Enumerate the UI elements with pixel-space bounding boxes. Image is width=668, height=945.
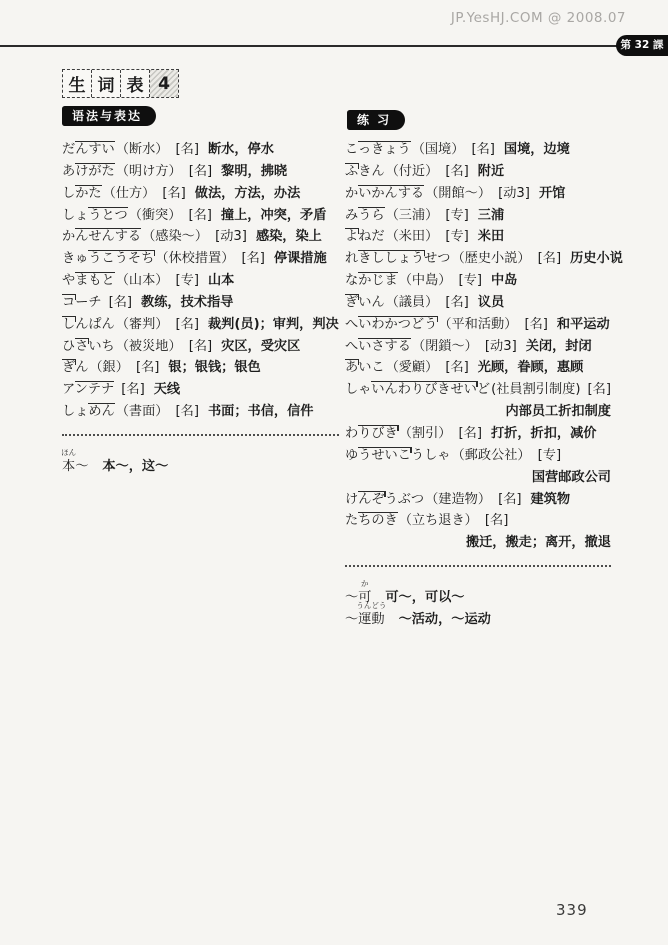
meaning-cn: 国营邮政公司 <box>532 470 611 485</box>
kanji-notation: （断水） <box>116 142 169 157</box>
meaning-cn: 灾区，受灾区 <box>221 339 300 354</box>
pos-tag: [名] <box>189 164 212 179</box>
kana-segment: あ <box>345 359 358 375</box>
kana-reading: たちのき <box>345 512 398 528</box>
pos-tag: [动3] <box>215 229 247 244</box>
kana-segment: うら <box>358 207 384 223</box>
meaning-cn: 教练，技术指导 <box>141 295 233 310</box>
vocab-entry: ぎいん（議員）[名]议员 <box>345 292 611 314</box>
kana-segment: うとつ <box>88 207 127 223</box>
kana-segment: ゆ <box>345 448 358 463</box>
pos-tag: [动3] <box>498 186 530 201</box>
vocab-entry: コーチ[名]教练，技术指导 <box>62 292 339 314</box>
kana-reading: しんぱん <box>62 316 115 332</box>
kana-segment: うぶつ <box>385 492 425 507</box>
kanji-notation: （立ち退き） <box>399 513 478 528</box>
kana-reading: きゅうこうそち <box>62 250 154 266</box>
kana-segment: よ <box>345 228 358 244</box>
pos-tag: [名] <box>176 317 199 332</box>
kanji-notation: （割引） <box>399 426 452 441</box>
kanji-notation: （議員） <box>386 295 439 310</box>
pos-tag: [名] <box>241 251 264 266</box>
meaning-cn: 议员 <box>478 295 504 310</box>
vocab-entry: あいこ（愛顧）[名]光顾，眷顾，惠顾 <box>345 357 611 379</box>
title-char: 词 <box>92 70 121 97</box>
suffix-base: 本ほん <box>62 456 75 478</box>
meaning-cn: 关闭，封闭 <box>526 339 592 354</box>
kana-segment: し <box>62 186 75 201</box>
kana-segment: さ <box>75 338 88 354</box>
meaning-cn: 历史小说 <box>570 251 623 266</box>
meaning-cn: 停课措施 <box>274 251 327 266</box>
kanji-notation: （衝突） <box>129 208 182 223</box>
kana-reading: アンテナ <box>62 381 114 397</box>
kana-segment: けがた <box>75 163 115 179</box>
kana-segment: しゃ <box>345 382 371 397</box>
pos-tag: [名] <box>524 317 547 332</box>
section-badge-grammar-expressions: 语法与表达 <box>62 106 156 126</box>
kanji-notation: （仕方） <box>103 186 156 201</box>
pos-tag: [名] <box>445 295 468 310</box>
kana-segment: うせいこ <box>358 447 411 463</box>
kanji-notation: （開館～） <box>425 186 491 201</box>
meaning-cn: 裁判(员)；审判，判决 <box>208 317 339 332</box>
meaning-cn: 建筑物 <box>531 492 571 507</box>
vocab-entry: しょうとつ（衝突）[名]撞上，冲突，矛盾 <box>62 205 339 227</box>
kana-reading: わりびき <box>345 425 398 441</box>
vocab-entry: れきししょうせつ（歴史小説）[名]历史小说 <box>345 248 611 270</box>
kana-segment: や <box>62 273 75 288</box>
meaning-cn: 山本 <box>208 273 234 288</box>
pos-tag: [名] <box>176 404 199 419</box>
meaning-cn: 三浦 <box>478 208 504 223</box>
dotted-line <box>62 434 339 436</box>
kana-segment: ア <box>62 382 75 397</box>
pos-tag: [专] <box>176 273 199 288</box>
kana-reading: へいさする <box>345 338 411 354</box>
pos-tag: [名] <box>189 339 212 354</box>
header-divider-line <box>0 45 668 47</box>
vocab-column-left: だんすい（断水）[名]断水，停水あけがた（明け方）[名]黎明，拂晓しかた（仕方）… <box>62 139 339 478</box>
kana-reading: だんすい <box>62 141 115 157</box>
vocab-entry: しかた（仕方）[名]做法，方法，办法 <box>62 183 339 205</box>
kana-reading: ふきん <box>345 163 385 179</box>
meaning-cn: 感染，染上 <box>256 229 322 244</box>
meaning-cn: 附近 <box>478 164 504 179</box>
vocab-entry: だんすい（断水）[名]断水，停水 <box>62 139 339 161</box>
vocab-entry: へいさする（閉鎖～）[动3]关闭，封闭 <box>345 336 611 358</box>
kana-segment: あ <box>62 164 75 179</box>
kana-reading: かいかんする <box>345 185 424 201</box>
kana-segment: け <box>345 492 358 507</box>
watermark-text: JP.YesHJ.COM @ 2008.07 <box>451 10 626 26</box>
kanji-notation: （米田） <box>386 229 439 244</box>
kana-segment: わ <box>345 426 358 441</box>
pos-tag: [名] <box>188 208 211 223</box>
kana-reading: やまもと <box>62 272 115 288</box>
vocab-column-right: こっきょう（国境）[名]国境，边境ふきん（付近）[名]附近かいかんする（開館～）… <box>345 139 611 631</box>
kanji-notation: （国境） <box>412 142 465 157</box>
suffix-entry: 本ほん～本～，这～ <box>62 456 339 478</box>
vocab-entry: けんぞうぶつ（建造物）[名]建筑物 <box>345 489 611 511</box>
vocab-entry: ひさいち（被災地）[名]灾区，受灾区 <box>62 336 339 358</box>
vocab-entry: アンテナ[名]天线 <box>62 379 339 401</box>
kana-segment: か <box>345 186 358 201</box>
kana-segment: いわかつどう <box>358 316 437 332</box>
kana-segment: うこうそち <box>88 250 154 266</box>
textbook-page: JP.YesHJ.COM @ 2008.07 第 32 課 生 词 表 4 语法… <box>0 0 668 945</box>
pos-tag: [名] <box>485 513 508 528</box>
kana-reading: しゃいんわりびきせいど <box>345 381 490 397</box>
kanji-notation: （書面） <box>116 404 169 419</box>
furigana: うんどう <box>356 602 386 610</box>
meaning-cn: 银；银钱；银色 <box>168 360 260 375</box>
furigana: ほん <box>61 449 76 457</box>
vocab-entry: みうら（三浦）[专]三浦 <box>345 205 611 227</box>
meaning-cn: 光顾，眷顾，惠顾 <box>478 360 584 375</box>
title-char: 生 <box>63 70 92 97</box>
kana-segment: きししょう <box>358 250 424 266</box>
kanji-notation: （銀） <box>89 360 129 375</box>
kana-segment: きゅ <box>62 251 88 266</box>
kana-segment: りびき <box>358 425 398 441</box>
suffix-base: 運動うんどう <box>358 609 384 631</box>
pos-tag: [专] <box>538 448 561 463</box>
kanji-notation: （中島） <box>399 273 452 288</box>
title-char: 表 <box>121 70 150 97</box>
kanji-notation: （感染～） <box>142 229 208 244</box>
title-number: 4 <box>150 70 178 97</box>
vocab-entry: よねだ（米田）[专]米田 <box>345 226 611 248</box>
kana-segment: れ <box>345 251 358 266</box>
suffix-entry: ～運動うんどう～活动，～运动 <box>345 609 611 631</box>
meaning-cn: 做法，方法，办法 <box>195 186 301 201</box>
kana-segment: いち <box>88 339 114 354</box>
vocab-entry: しんぱん（審判）[名]裁判(员)；审判，判决 <box>62 314 339 336</box>
meaning-cn: 断水，停水 <box>208 142 274 157</box>
vocab-entry: ふきん（付近）[名]附近 <box>345 161 611 183</box>
kana-reading: へいわかつどう <box>345 316 437 332</box>
kana-segment: か <box>62 229 75 244</box>
kanji-notation: （審判） <box>116 317 169 332</box>
pos-tag: [名] <box>162 186 185 201</box>
kanji-notation: （閉鎖～） <box>412 339 478 354</box>
meaning-cn: 本～，这～ <box>102 459 168 474</box>
kana-segment: ンテナ <box>75 381 115 397</box>
pos-tag: [动3] <box>485 339 517 354</box>
kana-segment: ーチ <box>75 295 101 310</box>
pos-tag: [名] <box>176 142 199 157</box>
kana-segment: み <box>345 208 358 223</box>
pos-tag: [专] <box>445 208 468 223</box>
meaning-cn: 开馆 <box>539 186 565 201</box>
vocab-entry: あけがた（明け方）[名]黎明，拂晓 <box>62 161 339 183</box>
kana-reading: ぎいん <box>345 294 385 310</box>
kana-segment: コ <box>62 294 75 310</box>
kana-reading: しかた <box>62 185 102 201</box>
kana-reading: しょうとつ <box>62 207 128 223</box>
kana-reading: しょめん <box>62 403 115 419</box>
section-badge-practice: 练 习 <box>347 110 405 130</box>
vocab-entry: しょめん（書面）[名]书面；书信，信件 <box>62 401 339 423</box>
pos-tag: [专] <box>445 229 468 244</box>
kana-segment: いんわりびきせい <box>371 381 477 397</box>
kana-segment: だ <box>62 142 75 157</box>
pos-tag: [名] <box>445 164 468 179</box>
kana-segment: せつ <box>424 251 450 266</box>
vocab-entry: ゆうせいこうしゃ（郵政公社）[专] <box>345 445 611 467</box>
pos-tag: [名] <box>109 295 132 310</box>
vocab-entry-continuation: 内部员工折扣制度 <box>345 401 611 423</box>
kanji-notation: （平和活動） <box>438 317 517 332</box>
vocab-entry: なかじま（中島）[专]中岛 <box>345 270 611 292</box>
vocab-entry: わりびき（割引）[名]打折，折扣，减价 <box>345 423 611 445</box>
dotted-separator <box>345 565 611 587</box>
kana-segment: へ <box>345 317 358 332</box>
kana-segment: ねだ <box>358 229 384 244</box>
kana-segment: しょ <box>62 208 88 223</box>
pos-tag: [名] <box>445 360 468 375</box>
pos-tag: [名] <box>136 360 159 375</box>
kana-segment: ちのき <box>358 512 398 528</box>
vocab-entry: かいかんする（開館～）[动3]开馆 <box>345 183 611 205</box>
kanji-notation: （明け方） <box>116 164 182 179</box>
meaning-cn: 中岛 <box>491 273 517 288</box>
dotted-separator <box>62 434 339 456</box>
vocab-entry: たちのき（立ち退き）[名] <box>345 510 611 532</box>
lesson-number-badge: 第 32 課 <box>616 35 668 56</box>
meaning-cn: 可～，可以～ <box>385 590 464 605</box>
kana-segment: ひ <box>62 339 75 354</box>
kana-segment: し <box>62 316 75 332</box>
pos-tag: [名] <box>459 426 482 441</box>
kana-reading: ひさいち <box>62 338 115 354</box>
vocab-entry-continuation: 国营邮政公司 <box>345 467 611 489</box>
kana-reading: かんせんする <box>62 228 141 244</box>
pos-tag: [名] <box>471 142 494 157</box>
kana-segment: いん <box>358 295 384 310</box>
kana-reading: あいこ <box>345 359 385 375</box>
vocab-entry: こっきょう（国境）[名]国境，边境 <box>345 139 611 161</box>
kana-reading: なかじま <box>345 272 398 288</box>
kana-segment: こ <box>345 142 358 157</box>
kana-segment: ぎ <box>62 359 75 375</box>
kana-segment: まもと <box>75 272 115 288</box>
meaning-cn: 黎明，拂晓 <box>221 164 287 179</box>
kana-reading: ぎん <box>62 359 88 375</box>
kana-segment: んせんする <box>75 228 141 244</box>
kana-reading: よねだ <box>345 228 385 244</box>
suffix-tilde: ～ <box>75 459 88 474</box>
vocab-entry: ぎん（銀）[名]银；银钱；银色 <box>62 357 339 379</box>
kana-segment: いかんする <box>358 185 424 201</box>
kanji-notation: （付近） <box>386 164 439 179</box>
meaning-cn: 搬迁，搬走；离开，撤退 <box>466 535 611 550</box>
furigana: か <box>361 580 369 588</box>
vocab-entry: しゃいんわりびきせいど(社員割引制度)[名] <box>345 379 611 401</box>
kana-segment: ど <box>477 382 490 397</box>
meaning-cn: 天线 <box>154 382 180 397</box>
kanji-notation: （郵政公社） <box>452 448 531 463</box>
meaning-cn: 打折，折扣，减价 <box>491 426 597 441</box>
kana-segment: しょ <box>62 404 88 419</box>
kana-segment: かた <box>75 185 101 201</box>
dotted-line <box>345 565 611 567</box>
vocab-entry: きゅうこうそち（休校措置）[名]停课措施 <box>62 248 339 270</box>
pos-tag: [专] <box>459 273 482 288</box>
kana-segment: た <box>345 513 358 528</box>
pos-tag: [名] <box>538 251 561 266</box>
vocab-entry: かんせんする（感染～）[动3]感染，染上 <box>62 226 339 248</box>
page-number: 339 <box>556 901 588 919</box>
kana-reading: ゆうせいこうしゃ <box>345 447 451 463</box>
kanji-notation: （歴史小説） <box>452 251 531 266</box>
kana-segment: うしゃ <box>411 448 451 463</box>
kana-segment: ふ <box>345 163 358 179</box>
kana-segment: きん <box>358 164 384 179</box>
kana-segment: めん <box>88 403 114 419</box>
kana-segment: んすい <box>75 141 115 157</box>
vocab-entry: やまもと（山本）[专]山本 <box>62 270 339 292</box>
kanji-notation: （休校措置） <box>155 251 234 266</box>
kana-reading: あけがた <box>62 163 115 179</box>
kana-segment: ん <box>75 360 88 375</box>
kanji-notation: （愛顧） <box>386 360 439 375</box>
kana-reading: れきししょうせつ <box>345 250 451 266</box>
kanji-notation: （三浦） <box>386 208 439 223</box>
meaning-cn: 国境，边境 <box>504 142 570 157</box>
kana-segment: んぞ <box>358 491 384 507</box>
pos-tag: [名] <box>587 382 610 397</box>
vocab-list-title: 生 词 表 4 <box>62 69 179 98</box>
suffix-tilde: ～ <box>345 612 358 627</box>
pos-tag: [名] <box>121 382 144 397</box>
meaning-cn: 米田 <box>478 229 504 244</box>
meaning-cn: ～活动，～运动 <box>399 612 491 627</box>
kanji-notation: (社員割引制度) <box>491 382 580 397</box>
meaning-cn: 撞上，冲突，矛盾 <box>221 208 327 223</box>
kana-segment: へ <box>345 339 358 354</box>
kana-reading: けんぞうぶつ <box>345 491 424 507</box>
kana-segment: んぱん <box>75 317 115 332</box>
kana-reading: コーチ <box>62 294 102 310</box>
vocab-entry-continuation: 搬迁，搬走；离开，撤退 <box>345 532 611 554</box>
meaning-cn: 和平运动 <box>557 317 610 332</box>
kanji-notation: （山本） <box>116 273 169 288</box>
pos-tag: [名] <box>498 492 521 507</box>
kanji-notation: （被災地） <box>116 339 182 354</box>
kana-segment: いこ <box>358 360 384 375</box>
kana-segment: な <box>345 273 358 288</box>
meaning-cn: 内部员工折扣制度 <box>506 404 612 419</box>
kana-reading: こっきょう <box>345 141 411 157</box>
kana-segment: ぎ <box>345 294 358 310</box>
kana-segment: っきょう <box>358 141 411 157</box>
kana-reading: みうら <box>345 207 385 223</box>
kanji-notation: （建造物） <box>425 492 491 507</box>
meaning-cn: 书面；书信，信件 <box>208 404 314 419</box>
vocab-entry: へいわかつどう（平和活動）[名]和平运动 <box>345 314 611 336</box>
kana-segment: かじま <box>358 272 398 288</box>
kana-segment: いさする <box>358 338 411 354</box>
